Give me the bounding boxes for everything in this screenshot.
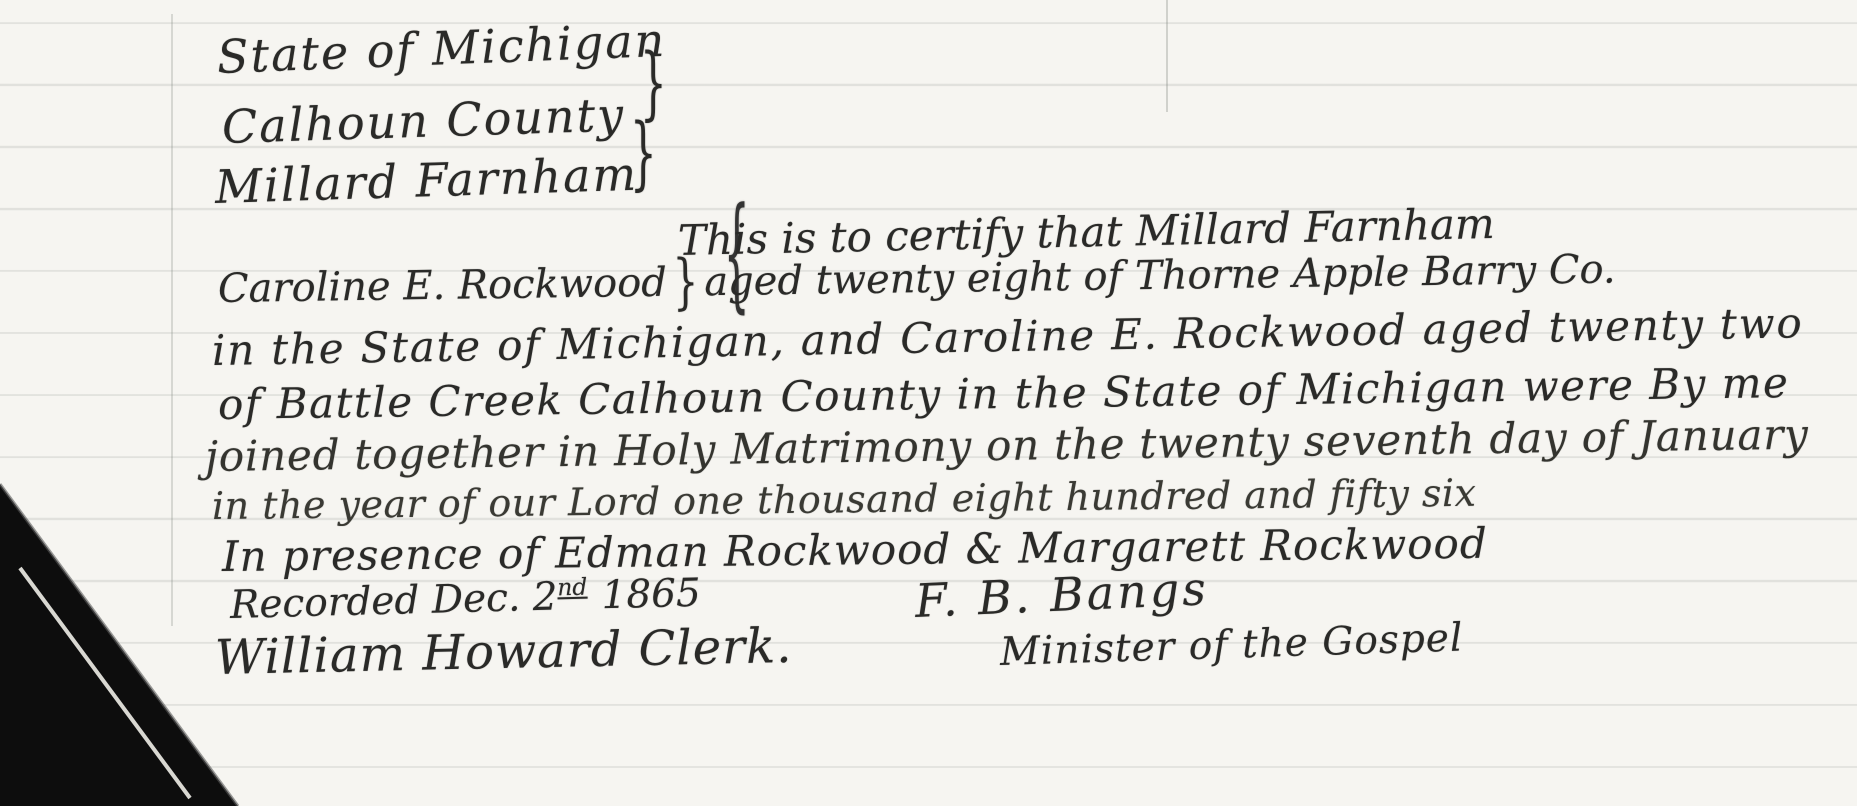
scanned-marriage-record-page: State of Michigan } Calhoun County } Mil…: [0, 0, 1857, 806]
top-right-rule: [1166, 0, 1168, 112]
recorded-ordinal: nd: [557, 573, 588, 602]
bride-brace: }: [672, 248, 698, 317]
recorded-year: 1865: [601, 571, 701, 619]
scan-corner-artifact: [0, 478, 245, 806]
recorded-date-text: Recorded Dec. 2: [229, 574, 558, 628]
bride-name: Caroline E. Rockwood: [218, 260, 667, 312]
